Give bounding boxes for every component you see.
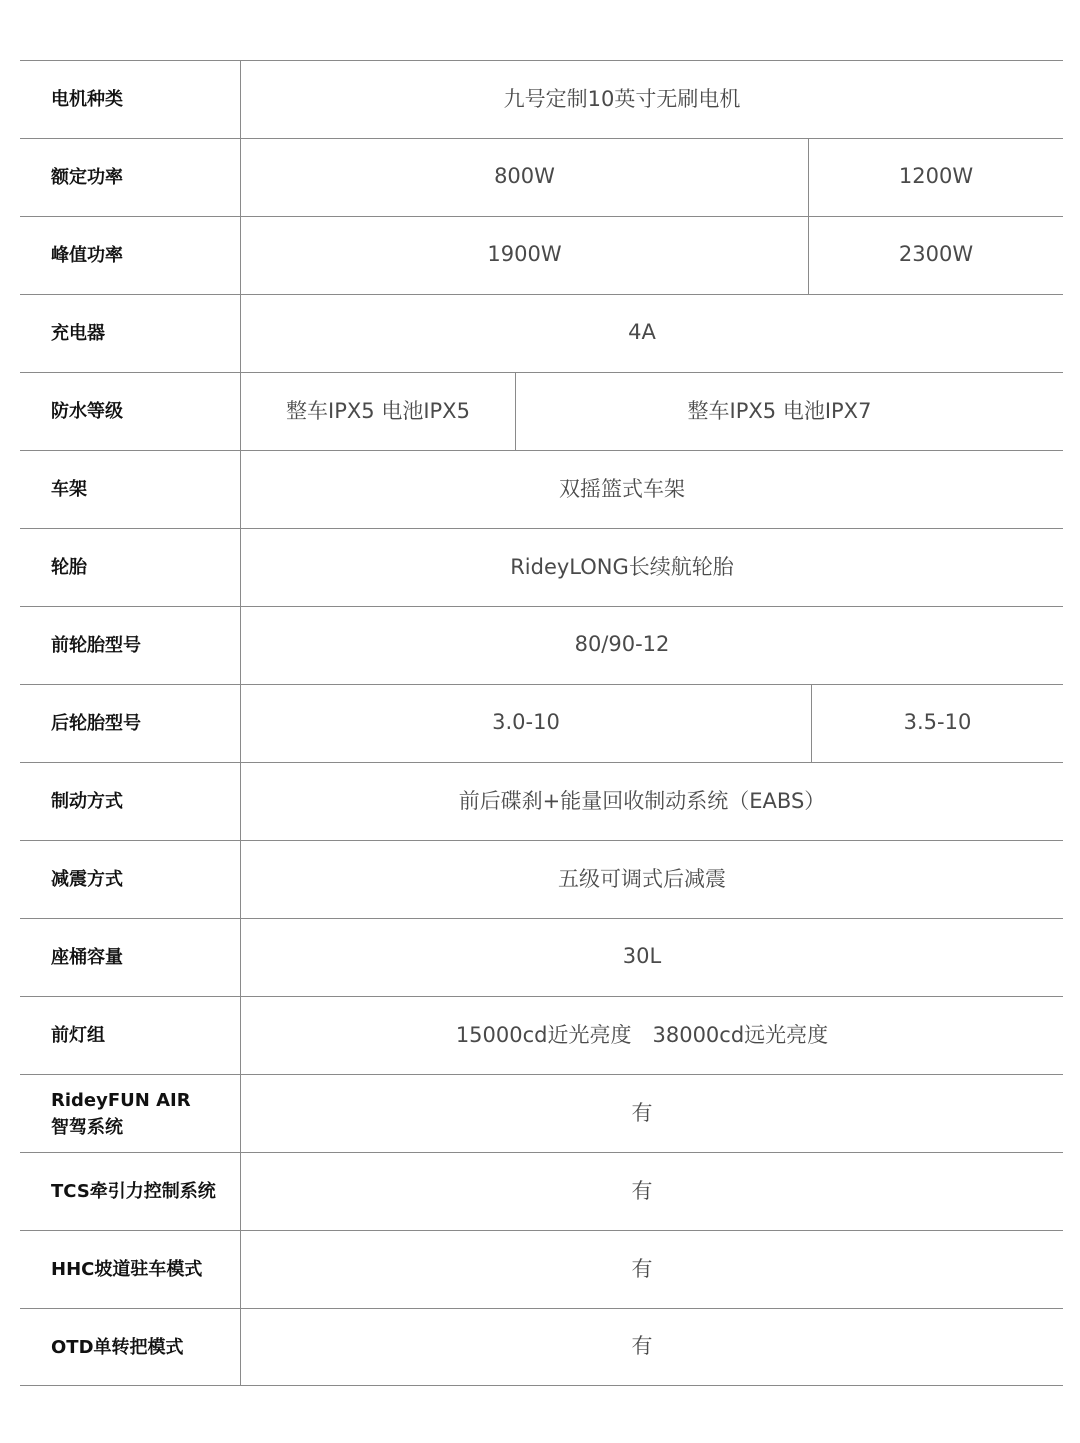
row-label: 峰值功率 <box>20 217 241 294</box>
row-label: 前轮胎型号 <box>20 607 241 684</box>
row-value: 3.0-10 <box>241 685 811 762</box>
row-label: 制动方式 <box>20 763 241 840</box>
row-tire: 轮胎 RideyLONG长续航轮胎 <box>20 528 1063 606</box>
row-peak-power: 峰值功率 1900W 2300W <box>20 216 1063 294</box>
row-label: 前灯组 <box>20 997 241 1074</box>
row-value: 有 <box>241 1309 1063 1385</box>
row-braking: 制动方式 前后碟刹+能量回收制动系统（EABS） <box>20 762 1063 840</box>
row-front-tire-model: 前轮胎型号 80/90-12 <box>20 606 1063 684</box>
spec-table: 电机种类 九号定制10英寸无刷电机 额定功率 800W 1200W 峰值功率 1… <box>20 60 1063 1386</box>
row-label: 后轮胎型号 <box>20 685 241 762</box>
row-label: 座桶容量 <box>20 919 241 996</box>
row-value: 4A <box>241 295 1063 372</box>
row-label: OTD单转把模式 <box>20 1309 241 1385</box>
row-value: 有 <box>241 1231 1063 1308</box>
row-value: 整车IPX5 电池IPX7 <box>515 373 1063 450</box>
row-label: 额定功率 <box>20 139 241 216</box>
row-label: HHC坡道驻车模式 <box>20 1231 241 1308</box>
row-value: 前后碟刹+能量回收制动系统（EABS） <box>241 763 1063 840</box>
row-rated-power: 额定功率 800W 1200W <box>20 138 1063 216</box>
row-label: RideyFUN AIR 智驾系统 <box>20 1075 241 1152</box>
row-tcs: TCS牵引力控制系统 有 <box>20 1152 1063 1230</box>
row-value: 九号定制10英寸无刷电机 <box>241 61 1063 138</box>
row-label: 减震方式 <box>20 841 241 918</box>
row-value: 整车IPX5 电池IPX5 <box>241 373 515 450</box>
row-label: 防水等级 <box>20 373 241 450</box>
row-label: 电机种类 <box>20 61 241 138</box>
row-value: 有 <box>241 1153 1063 1230</box>
row-charger: 充电器 4A <box>20 294 1063 372</box>
row-value: 1900W <box>241 217 808 294</box>
row-label-line1: RideyFUN AIR <box>51 1087 191 1114</box>
row-label: 车架 <box>20 451 241 528</box>
row-value: 3.5-10 <box>811 685 1063 762</box>
row-value: 15000cd近光亮度 38000cd远光亮度 <box>241 997 1063 1074</box>
row-frame: 车架 双摇篮式车架 <box>20 450 1063 528</box>
row-value: 2300W <box>808 217 1063 294</box>
row-value: 双摇篮式车架 <box>241 451 1063 528</box>
row-value: 30L <box>241 919 1063 996</box>
row-headlight: 前灯组 15000cd近光亮度 38000cd远光亮度 <box>20 996 1063 1074</box>
row-smart-drive: RideyFUN AIR 智驾系统 有 <box>20 1074 1063 1152</box>
row-value: 五级可调式后减震 <box>241 841 1063 918</box>
row-waterproof: 防水等级 整车IPX5 电池IPX5 整车IPX5 电池IPX7 <box>20 372 1063 450</box>
row-otd: OTD单转把模式 有 <box>20 1308 1063 1386</box>
row-label-line2: 智驾系统 <box>51 1114 191 1141</box>
row-value: 有 <box>241 1075 1063 1152</box>
row-suspension: 减震方式 五级可调式后减震 <box>20 840 1063 918</box>
row-seat-storage: 座桶容量 30L <box>20 918 1063 996</box>
row-label: 充电器 <box>20 295 241 372</box>
row-value: RideyLONG长续航轮胎 <box>241 529 1063 606</box>
row-hhc: HHC坡道驻车模式 有 <box>20 1230 1063 1308</box>
row-label: TCS牵引力控制系统 <box>20 1153 241 1230</box>
row-value: 80/90-12 <box>241 607 1063 684</box>
row-value: 800W <box>241 139 808 216</box>
row-value: 1200W <box>808 139 1063 216</box>
row-rear-tire-model: 后轮胎型号 3.0-10 3.5-10 <box>20 684 1063 762</box>
row-motor-type: 电机种类 九号定制10英寸无刷电机 <box>20 60 1063 138</box>
row-label: 轮胎 <box>20 529 241 606</box>
